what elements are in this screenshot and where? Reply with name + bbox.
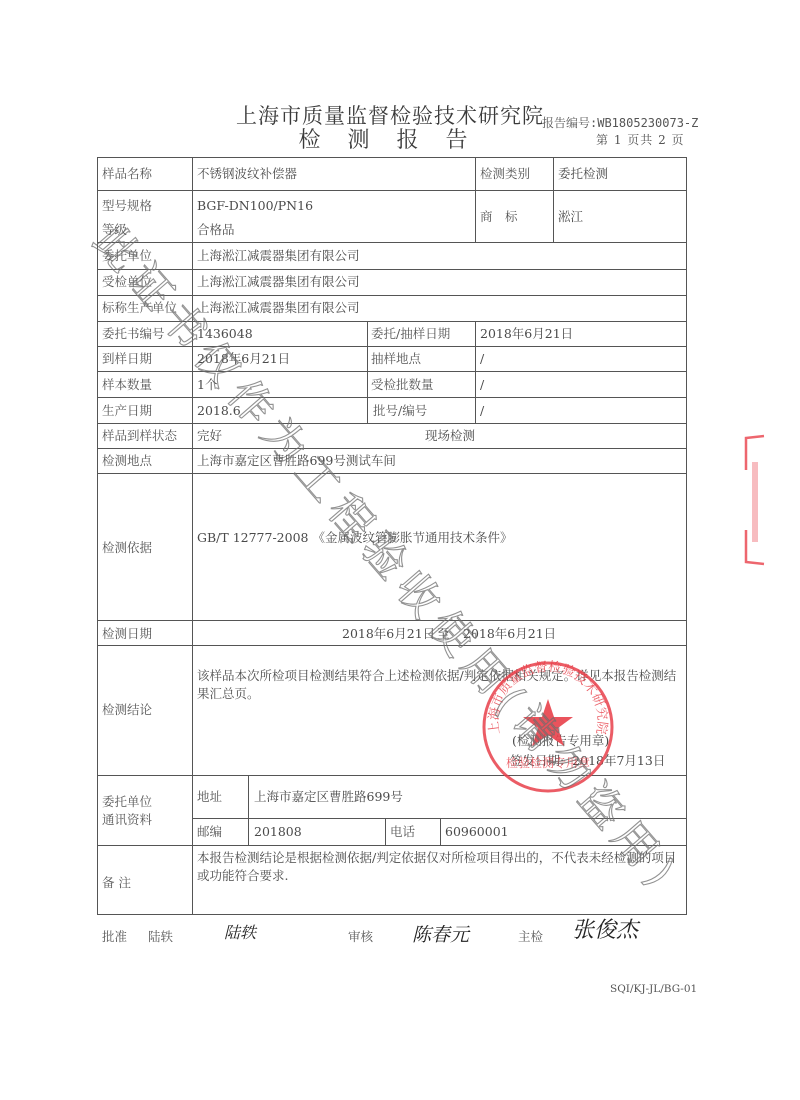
batch-qty-label: 受检批数量 bbox=[371, 377, 434, 393]
sample-state-label: 样品到样状态 bbox=[102, 428, 177, 444]
remarks-text: 本报告检测结论是根据检测依据/判定依据仅对所检项目得出的，不代表未经检测的项目或… bbox=[197, 849, 682, 885]
test-date-from: 2018年6月21日 bbox=[342, 626, 435, 642]
client-value: 上海淞江减震器集团有限公司 bbox=[197, 248, 360, 264]
batch-no-label: 批号/编号 bbox=[373, 403, 427, 419]
zip-value: 201808 bbox=[254, 824, 302, 840]
approve-label: 批准 bbox=[102, 927, 127, 945]
arrival-date-label: 到样日期 bbox=[102, 351, 152, 367]
zip-label: 邮编 bbox=[197, 824, 222, 840]
sample-qty-value: 1个 bbox=[197, 377, 217, 393]
test-date-to: 2018年6月21日 bbox=[463, 626, 556, 642]
grade-label: 等级 bbox=[102, 222, 127, 238]
test-basis-label: 检测依据 bbox=[102, 540, 152, 556]
manufacturer-value: 上海淞江减震器集团有限公司 bbox=[197, 300, 360, 316]
sampling-place-value: / bbox=[480, 351, 484, 367]
official-seal-icon: 上海市质量监督检验技术研究院 检验检测专用章 bbox=[478, 657, 618, 797]
test-location-label: 检测地点 bbox=[102, 453, 152, 469]
grade-value: 合格品 bbox=[197, 222, 235, 238]
trademark-value: 淞江 bbox=[558, 209, 583, 225]
seam-seal-icon bbox=[740, 430, 774, 570]
chief-signature: 张俊杰 bbox=[572, 913, 638, 944]
svg-text:检验检测专用章: 检验检测专用章 bbox=[506, 755, 590, 770]
sample-state-value: 完好 bbox=[197, 428, 222, 444]
model-value: BGF-DN100/PN16 bbox=[197, 198, 313, 214]
commission-date-label: 委托/抽样日期 bbox=[371, 326, 450, 342]
batch-no-value: / bbox=[480, 403, 484, 419]
test-type-value: 委托检测 bbox=[558, 166, 608, 182]
test-type-label: 检测类别 bbox=[480, 166, 530, 182]
address-label: 地址 bbox=[197, 789, 222, 805]
batch-qty-value: / bbox=[480, 377, 484, 393]
client-label: 委托单位 bbox=[102, 248, 152, 264]
phone-label: 电话 bbox=[390, 824, 415, 840]
model-label: 型号规格 bbox=[102, 198, 152, 214]
sample-name-label: 样品名称 bbox=[102, 166, 152, 182]
manufacturer-label: 标称生产单位 bbox=[102, 300, 177, 316]
inspected-unit-value: 上海淞江减震器集团有限公司 bbox=[197, 274, 360, 290]
contact-label: 委托单位通讯资料 bbox=[102, 793, 162, 829]
chief-label: 主检 bbox=[518, 927, 543, 945]
page-info: 第 1 页共 2 页 bbox=[596, 131, 685, 148]
approver-name: 陆轶 bbox=[148, 927, 173, 945]
test-date-sep: 至 bbox=[437, 626, 450, 642]
sampling-place-label: 抽样地点 bbox=[371, 351, 421, 367]
commission-no-label: 委托书编号 bbox=[102, 326, 165, 342]
review-label: 审核 bbox=[348, 927, 373, 945]
test-location-value: 上海市嘉定区曹胜路699号测试车间 bbox=[197, 453, 396, 469]
form-code: SQI/KJ-JL/BG-01 bbox=[610, 983, 697, 995]
inspected-unit-label: 受检单位 bbox=[102, 274, 152, 290]
sample-name-value: 不锈钢波纹补偿器 bbox=[197, 166, 297, 182]
remarks-label: 备 注 bbox=[102, 875, 131, 891]
production-date-label: 生产日期 bbox=[102, 403, 152, 419]
approver-signature: 陆轶 bbox=[224, 920, 256, 943]
trademark-label: 商 标 bbox=[480, 209, 518, 225]
sample-qty-label: 样本数量 bbox=[102, 377, 152, 393]
arrival-date-value: 2018年6月21日 bbox=[197, 351, 290, 367]
production-date-value: 2018.6 bbox=[197, 403, 241, 419]
test-basis-value: GB/T 12777-2008 《金属波纹管膨胀节通用技术条件》 bbox=[197, 530, 512, 546]
test-date-label: 检测日期 bbox=[102, 626, 152, 642]
reviewer-signature: 陈春元 bbox=[412, 920, 469, 947]
report-number: 报告编号:WB1805230073-Z bbox=[542, 114, 698, 131]
commission-no-value: 1436048 bbox=[197, 326, 253, 342]
phone-value: 60960001 bbox=[445, 824, 509, 840]
conclusion-label: 检测结论 bbox=[102, 702, 152, 718]
commission-date-value: 2018年6月21日 bbox=[480, 326, 573, 342]
on-site-note: 现场检测 bbox=[425, 428, 475, 444]
address-value: 上海市嘉定区曹胜路699号 bbox=[254, 789, 403, 805]
